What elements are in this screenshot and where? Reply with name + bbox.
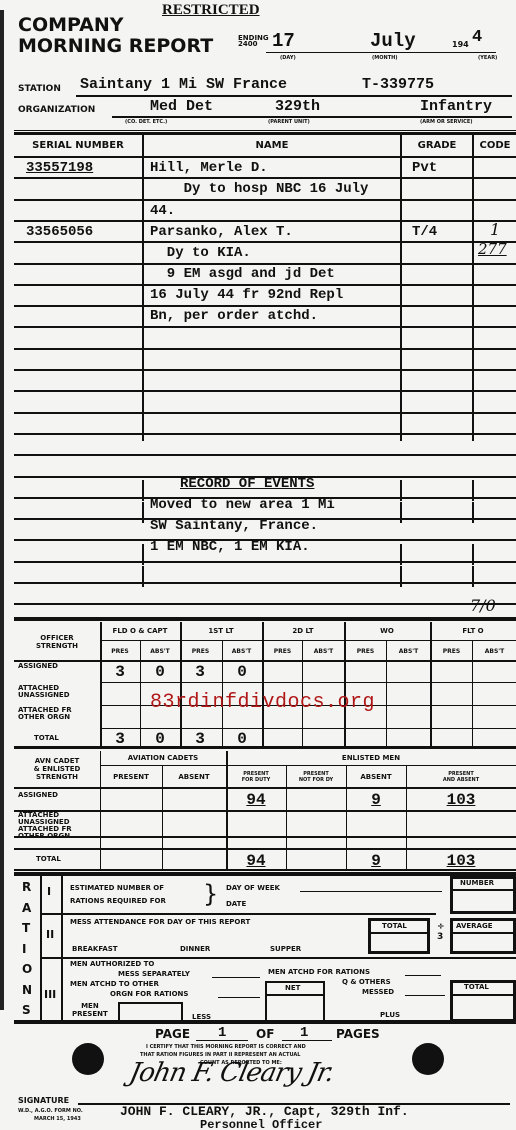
less-label: LESS [192, 1013, 211, 1021]
enlisted-value-cell: 94 [226, 790, 286, 810]
enlisted-value-cell: 103 [406, 851, 516, 871]
enlisted-men-header: ENLISTED MEN [226, 751, 516, 765]
mess-separately-field[interactable] [212, 977, 260, 978]
station-value: Saintany 1 Mi SW France [80, 76, 287, 93]
record-of-events-heading: RECORD OF EVENTS [180, 476, 314, 492]
grid-rule [100, 640, 516, 641]
name-cell: Dy to KIA. [150, 245, 251, 261]
form-title-line2: MORNING REPORT [18, 35, 213, 57]
grid-rule [100, 682, 516, 683]
station-underline [76, 95, 512, 97]
officer-value-cell [430, 684, 470, 706]
brace-icon: } [203, 880, 218, 908]
ruled-line [14, 199, 516, 201]
serial-cell: 33557198 [26, 160, 93, 176]
grade-cell: Pvt [412, 160, 437, 176]
officer-value-cell: 3 [180, 662, 220, 682]
rations-col2 [61, 876, 63, 1022]
officer-value-cell [472, 684, 512, 706]
enlisted-row-label: TOTAL [36, 856, 61, 863]
total3-rule [450, 994, 516, 996]
col-divider [400, 340, 402, 361]
ruled-line [14, 433, 516, 435]
month-label: (MONTH) [372, 55, 398, 61]
org-unit: Med Det [150, 98, 213, 115]
date-label: DATE [226, 900, 246, 908]
page-total: 1 [300, 1025, 308, 1041]
men-present-box[interactable] [118, 1002, 183, 1022]
grid-rule [14, 848, 516, 850]
col-divider [472, 480, 474, 501]
report-year: 4 [472, 28, 482, 47]
enlisted-row-label: ATTACHED FR OTHER ORGN [18, 826, 72, 840]
section-ii-num: II [46, 928, 54, 941]
name-cell: Dy to hosp NBC 16 July [150, 181, 368, 197]
officer-subcol-header: PRES [100, 642, 140, 660]
officer-row-label: TOTAL [34, 735, 59, 742]
enlisted-value-cell: 103 [406, 790, 516, 810]
organization-label: ORGANIZATION [18, 105, 95, 115]
officer-value-cell: 3 [180, 730, 220, 748]
mess-total-label: TOTAL [382, 922, 407, 930]
men-atchd-rations-label: MEN ATCHD FOR RATIONS [268, 968, 370, 976]
officer-subcol-header: PRES [430, 642, 473, 660]
col-divider-grade [472, 132, 474, 420]
dinner-label: DINNER [180, 945, 210, 953]
officer-value-cell [430, 730, 470, 748]
col-divider [472, 340, 474, 361]
name-cell: Bn, per order atchd. [150, 308, 318, 324]
event-line: SW Saintany, France. [150, 518, 318, 534]
total3-label: TOTAL [464, 983, 489, 991]
station-code: T-339775 [362, 76, 434, 93]
name-cell: 44. [150, 203, 175, 219]
date-underline [266, 52, 496, 53]
officer-value-cell: 3 [100, 662, 140, 682]
officer-row-label: ATTACHED FR OTHER ORGN [18, 707, 72, 721]
col-divider [142, 502, 144, 523]
officer-group-header: FLT O [430, 622, 516, 640]
name-cell: Hill, Merle D. [150, 160, 268, 176]
name-cell: Parsanko, Alex T. [150, 224, 293, 240]
col-divider [142, 566, 144, 587]
officer-subcol-header: ABS'T [387, 642, 430, 660]
col-header-grade: GRADE [402, 135, 472, 155]
mess-total-rule [368, 932, 430, 934]
col-divider [472, 544, 474, 565]
code-cell: 1 [490, 220, 500, 239]
classification-stamp: RESTRICTED [162, 2, 260, 19]
station-label: STATION [18, 84, 61, 94]
q-others-1: Q & OTHERS [342, 978, 391, 986]
officer-value-cell [386, 684, 426, 706]
name-cell: 9 EM asgd and jd Det [150, 266, 335, 282]
officer-value-cell [100, 684, 140, 706]
page-number: 1 [218, 1025, 226, 1041]
net-label: NET [285, 984, 300, 992]
ruled-line [14, 284, 516, 286]
orgn-rations-field[interactable] [218, 997, 260, 998]
watermark: 83rdinfdivdocs.org [150, 691, 375, 714]
certify-line-1: I CERTIFY THAT THIS MORNING REPORT IS CO… [146, 1044, 306, 1050]
enlisted-subcol-header: ABSENT [346, 766, 406, 787]
officer-value-cell [386, 662, 426, 682]
supper-label: SUPPER [270, 945, 301, 953]
officer-subcol-header: PRES [344, 642, 387, 660]
enlisted-subcol-header: PRESENT AND ABSENT [406, 766, 516, 787]
form-date-label: MARCH 15, 1943 [34, 1116, 81, 1122]
col-header-serial: SERIAL NUMBER [14, 135, 142, 155]
officer-group-header: FLD O & CAPT [100, 622, 180, 640]
col-divider-name [400, 132, 402, 420]
binder-hole-right [412, 1043, 444, 1075]
officer-subcol-header: ABS'T [221, 642, 262, 660]
col-divider [472, 502, 474, 523]
ruled-line [14, 241, 516, 243]
code-cell: 277 [478, 240, 507, 258]
col-divider [472, 566, 474, 587]
parent-unit: 329th [275, 98, 320, 115]
men-authorized-1: MEN AUTHORIZED TO [70, 960, 154, 968]
q-others-2: MESSED [362, 988, 394, 996]
officer-row-label: ATTACHED UNASSIGNED [18, 685, 70, 699]
grid-rule [14, 810, 516, 812]
event-line: Moved to new area 1 Mi [150, 497, 335, 513]
ending-label: ENDING 2400 [238, 35, 269, 47]
of-label: OF [256, 1027, 274, 1041]
officer-value-cell [430, 706, 470, 728]
col-divider [142, 544, 144, 565]
col-header-code: CODE [474, 135, 516, 155]
average-label: AVERAGE [456, 922, 492, 930]
officer-value-cell [302, 662, 342, 682]
number-label: NUMBER [460, 879, 494, 887]
officer-row-label: ASSIGNED [18, 663, 58, 670]
men-atchd-1: MEN ATCHD TO OTHER [70, 980, 159, 988]
officer-value-cell [430, 662, 470, 682]
event-line: 1 EM NBC, 1 EM KIA. [150, 539, 310, 555]
arm-label: (ARM OR SERVICE) [420, 119, 473, 125]
enlisted-row-label: ASSIGNED [18, 792, 58, 799]
officer-value-cell [472, 662, 512, 682]
est-rations-1: ESTIMATED NUMBER OF [70, 884, 164, 892]
ruled-line [14, 305, 516, 307]
col-header-name: NAME [144, 135, 400, 155]
year-prefix: 194 [452, 40, 469, 49]
officer-value-cell: 0 [222, 730, 262, 748]
rations-letter: T [22, 921, 30, 935]
col-divider [142, 420, 144, 441]
margin-mark: 7/0 [470, 596, 496, 615]
org-underline [112, 116, 512, 118]
report-month: July [370, 30, 416, 52]
enlisted-subcol-header: PRESENT FOR DUTY [226, 766, 286, 787]
ruled-line [14, 603, 516, 605]
rations-letter: A [22, 901, 31, 915]
col-divider [400, 502, 402, 523]
ruled-line [14, 177, 516, 179]
officer-value-cell [386, 706, 426, 728]
ruled-line [14, 348, 516, 350]
enlisted-value-cell: 9 [346, 790, 406, 810]
number-box-rule [450, 889, 516, 891]
col-divider [142, 380, 144, 401]
ruled-line [14, 263, 516, 265]
ruled-line [14, 220, 516, 222]
officer-group-header: 2D LT [262, 622, 344, 640]
org-unit-label: (CO. DET. ETC.) [125, 119, 167, 125]
grid-rule [100, 728, 516, 729]
table-top-rule-2 [14, 130, 516, 131]
enlisted-value-cell: 94 [226, 851, 286, 871]
rations-top-rule [14, 872, 516, 876]
officer-value-cell: 3 [100, 730, 140, 748]
rations-letter: O [22, 962, 32, 976]
col-divider [400, 380, 402, 401]
col-divider [400, 480, 402, 501]
section-i-num: I [47, 885, 51, 898]
officer-value-cell [100, 706, 140, 728]
officer-value-cell [262, 662, 302, 682]
average-rule [450, 932, 516, 934]
officer-value-cell [386, 730, 426, 748]
report-day: 17 [272, 30, 295, 52]
day-of-week-field[interactable] [300, 891, 442, 892]
officer-value-cell: 0 [140, 730, 180, 748]
pages-underline [282, 1040, 332, 1041]
col-divider [400, 544, 402, 565]
col-divider [472, 380, 474, 401]
officer-value-cell [472, 730, 512, 748]
col-divider [400, 566, 402, 587]
page-edge [0, 10, 4, 1010]
men-atchd-2: ORGN FOR RATIONS [110, 990, 188, 998]
grade-cell: T/4 [412, 224, 437, 240]
officer-subcol-header: ABS'T [303, 642, 344, 660]
day-of-week-label: DAY OF WEEK [226, 884, 280, 892]
page-underline [196, 1040, 248, 1041]
ruled-line [14, 369, 516, 371]
ruled-line [14, 412, 516, 414]
men-authorized-2: MESS SEPARATELY [118, 970, 190, 978]
enlisted-value-cell: 9 [346, 851, 406, 871]
officer-subcol-header: ABS'T [473, 642, 516, 660]
binder-hole-left [72, 1043, 104, 1075]
officer-value-cell [344, 730, 384, 748]
rations-letter: S [22, 1003, 31, 1017]
ruled-line [14, 561, 516, 563]
col-divider-serial [142, 132, 144, 420]
page-label: PAGE [155, 1027, 190, 1041]
arm-of-service: Infantry [420, 98, 492, 115]
handwritten-signature: John F. Cleary Jr. [127, 1058, 336, 1088]
serial-cell: 33565056 [26, 224, 93, 240]
enlisted-subcol-header: PRESENT [100, 766, 162, 787]
enlisted-subcol-header: ABSENT [162, 766, 226, 787]
officer-subcol-header: ABS'T [140, 642, 180, 660]
grid-rule [14, 787, 516, 789]
form-title-line1: COMPANY [18, 14, 124, 36]
est-rations-2: RATIONS REQUIRED FOR [70, 897, 166, 905]
day-label: (DAY) [280, 55, 296, 61]
ruled-line [14, 390, 516, 392]
parent-unit-label: (PARENT UNIT) [268, 119, 310, 125]
net-rule [265, 994, 325, 996]
officer-group-header: 1ST LT [180, 622, 262, 640]
officer-strength-header: OFFICER STRENGTH [14, 628, 100, 656]
officer-value-cell: 0 [140, 662, 180, 682]
rations-rule-2 [40, 957, 516, 959]
officer-subcol-header: PRES [180, 642, 221, 660]
officer-group-header: WO [344, 622, 430, 640]
ruled-line [14, 156, 516, 158]
grid-rule [14, 836, 516, 838]
enlisted-strength-header: AVN CADET & ENLISTED STRENGTH [14, 753, 100, 785]
enlisted-row-label: ATTACHED UNASSIGNED [18, 812, 70, 826]
officer-value-cell [302, 730, 342, 748]
plus-label: PLUS [380, 1011, 400, 1019]
col-divider [142, 480, 144, 501]
rations-letter: N [22, 983, 32, 997]
name-cell: 16 July 44 fr 92nd Repl [150, 287, 343, 303]
officer-value-cell: 0 [222, 662, 262, 682]
ruled-line [14, 326, 516, 328]
rations-rule-1 [40, 913, 436, 915]
signer-title: Personnel Officer [200, 1118, 322, 1130]
signer-typed-name: JOHN F. CLEARY, JR., Capt, 329th Inf. [120, 1104, 409, 1119]
divide-by-three: ÷ 3 [437, 922, 445, 942]
year-label: (YEAR) [478, 55, 497, 61]
col-divider [472, 420, 474, 441]
officer-value-cell [472, 706, 512, 728]
section-iii-num: III [44, 988, 56, 1001]
officer-value-cell [262, 730, 302, 748]
rations-col1 [40, 876, 42, 1022]
form-number-label: W.D., A.G.O. FORM NO. [18, 1108, 83, 1114]
men-present-label: MEN PRESENT [72, 1002, 108, 1018]
officer-top-rule [14, 617, 516, 621]
mess-attendance-label: MESS ATTENDANCE FOR DAY OF THIS REPORT [70, 918, 250, 926]
q-others-field[interactable] [405, 995, 445, 996]
officer-value-cell [344, 662, 384, 682]
ruled-line [14, 454, 516, 456]
signature-label: SIGNATURE [18, 1096, 69, 1105]
rations-letter: I [22, 942, 26, 956]
breakfast-label: BREAKFAST [72, 945, 118, 953]
pages-label: PAGES [336, 1027, 380, 1041]
ruled-line [14, 582, 516, 584]
officer-subcol-header: PRES [262, 642, 303, 660]
col-divider [400, 420, 402, 441]
rations-letter: R [22, 880, 31, 894]
aviation-cadets-header: AVIATION CADETS [100, 751, 226, 765]
enlisted-subcol-header: PRESENT NOT FOR DY [286, 766, 346, 787]
col-divider [142, 340, 144, 361]
men-atchd-rations-field[interactable] [405, 975, 441, 976]
